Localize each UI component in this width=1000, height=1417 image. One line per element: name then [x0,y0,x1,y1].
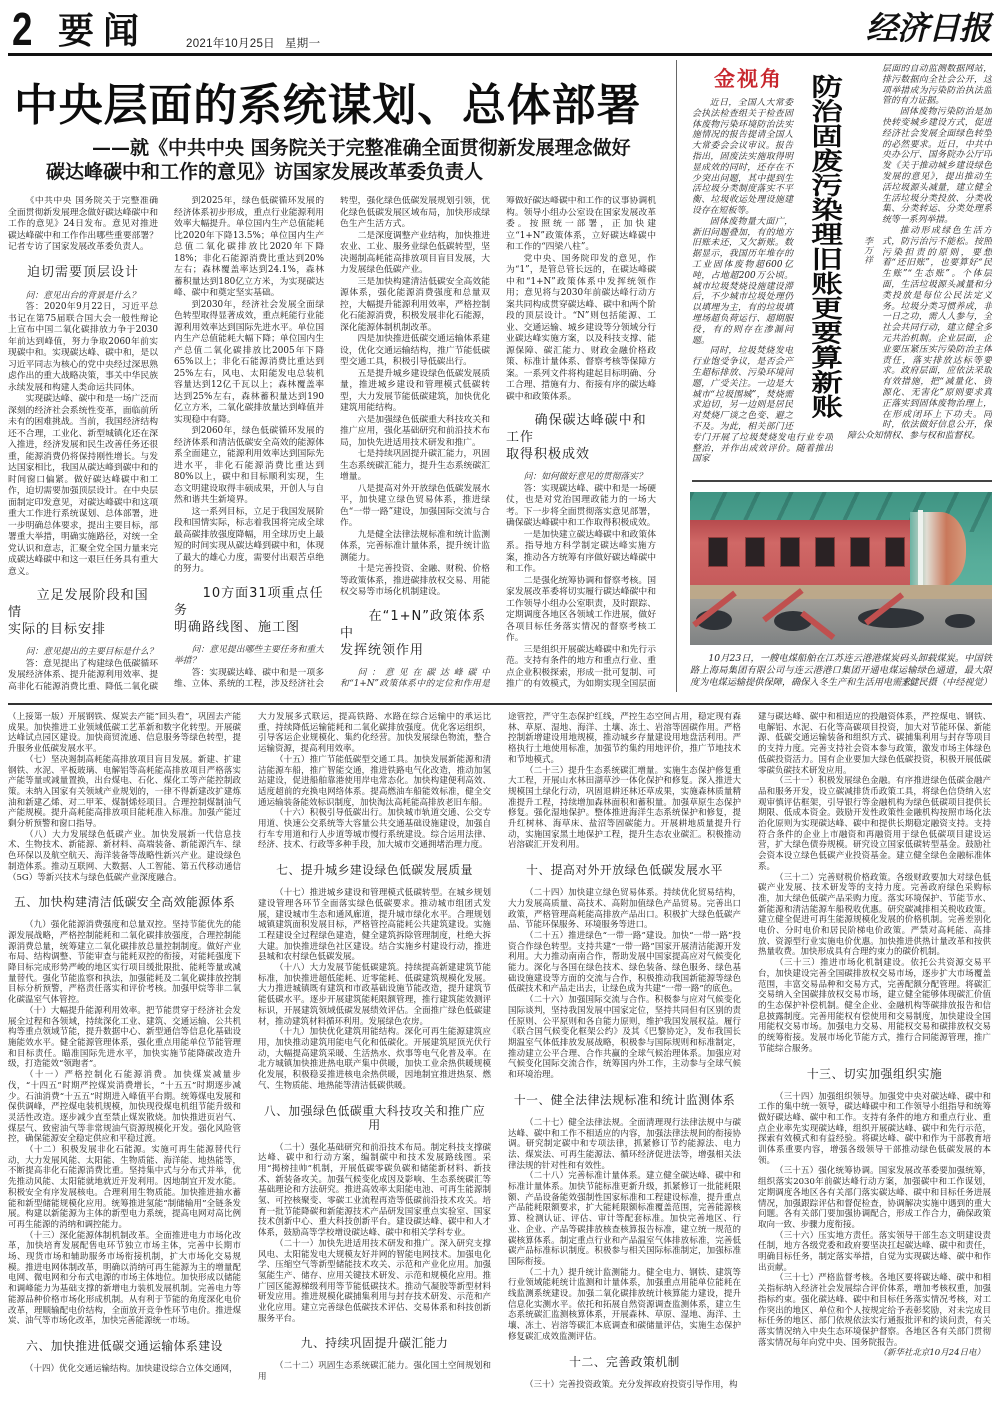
paragraph: 一是加快建立碳达峰碳中和政策体系。指导地方科学制定碳达峰实施方案，推动各方统筹有… [506,530,656,576]
title-wrap-spacer [793,98,833,425]
paragraph: （三十一）积极发展绿色金融。有序推进绿色低碳金融产品和服务开发，设立碳减排货币政… [758,776,991,872]
ship-railing [918,510,923,588]
interview-question: 问：意见提出哪些主要任务和重大举措？ [174,645,324,668]
paragraph: （二十四）加快建立绿色贸易体系。持续优化贸易结构，大力发展高质量、高技术、高附加… [508,888,741,931]
paragraph: 到2025年，绿色低碳循环发展的经济体系初步形成，重点行业能源利用效率大幅提升。… [174,196,324,300]
paragraph: （十八）大力发展节能低碳建筑。持续提高新建建筑节能标准，加快推进超低能耗、近零能… [258,963,491,1027]
section-heading: 六、加快推进低碳交通运输体系建设 [8,1339,241,1353]
paragraph: （十三）深化能源体制机制改革。全面推进电力市场化改革，加快培育发展配售电环节独立… [8,1231,241,1327]
coal-pile [945,614,975,628]
paragraph: 党中央、国务院印发的意见，作为“1”，是管总管长远的，在碳达峰碳中和“1+N”政… [506,254,656,404]
interview-question: 问：如何做好意见的贯彻落实？ [506,472,656,484]
section-heading: 十三、切实加强组织实施 [758,1067,991,1081]
paragraph: （九）强化能源消费强度和总量双控。坚持节能优先的能源发展战略，严格控制能耗和二氧… [8,920,241,1006]
paragraph: 六是加强绿色低碳重大科技攻关和推广应用，强化基础研究和前沿技术布局，加快先进适用… [340,415,490,450]
paragraph: 这一系列目标，立足于我国发展阶段和国情实际，标志着我国将完成全球最高碳排放强度降… [174,507,324,576]
section-heading: 十二、完善政策机制 [508,1355,741,1369]
paragraph: （十）大幅提升能源利用效率。把节能贯穿于经济社会发展全过程和各领域，持续深化工业… [8,1006,241,1070]
paragraph: （十二）积极发展非化石能源。实施可再生能源替代行动，大力发展风能、太阳能、生物质… [8,1145,241,1231]
column-label: 金视角 [714,66,783,92]
paragraph: （二十八）完善标准计量体系。建立健全碳达峰、碳中和标准计量体系。加快节能标准更新… [508,1171,741,1267]
commentary-text-left: 近日，全国人大常委会执法检查组关于检查固体废物污染环境防治法实施情况的报告提请全… [692,98,833,472]
paragraph: （七）坚决遏制高耗能高排放项目盲目发展。新建、扩建钢铁、水泥、平板玻璃、电解铝等… [8,755,241,830]
lead-subheadline-line2: 碳达峰碳中和工作的意见》访国家发展改革委负责人 [46,160,483,184]
section-heading: 八、加强绿色低碳重大科技攻关和推广应用 [258,1104,491,1132]
section-heading: 在“1+N”政策体系中 发挥统领作用 [340,608,490,659]
section-heading: 迫切需要顶层设计 [8,264,158,281]
paragraph: 实现碳达峰、碳中和是一场广泛而深刻的经济社会系统性变革，面临前所未有的困难挑战。… [8,394,158,578]
document-column-4: 建与碳达峰、碳中和相适应的投融资体系，严控煤电、钢铁、电解铝、水泥、石化等高碳项… [758,712,991,1417]
paragraph: （十六）积极引导低碳出行。加快城市轨道交通、公交专用道、快速公交系统等大容量公共… [258,808,491,851]
news-photo-coal-ship [690,492,992,645]
weekday: 星期一 [285,38,320,50]
paragraph: 八是提高对外开放绿色低碳发展水平，加快建立绿色贸易体系，推进绿色“一带一路”建设… [340,484,490,530]
commentary-rule [692,480,992,482]
paragraph: （十五）推广节能低碳型交通工具。加快发展新能源和清洁能源车船，推广智能交通，推进… [258,755,491,809]
cargo-hatch [745,537,765,567]
paragraph: （二十五）推进绿色“一带一路”建设。加快“一带一路”投资合作绿色转型。支持共建“… [508,931,741,995]
lead-article-column-3: 转型，强化绿色低碳发展规划引领，优化绿色低碳发展区域布局，加快形成绿色生产生活方… [340,196,490,690]
paragraph: （三十二）完善财税价格政策。各级财政要加大对绿色低碳产业发展、技术研发等的支持力… [758,873,991,959]
paragraph: 十是完善投资、金融、财税、价格等政策体系，推进碳排放权交易、用能权交易等市场化机… [340,564,490,599]
dateline: （新华社北京10月24日电） [758,1348,991,1359]
interview-question: 问：意见提出的主要目标是什么？ [8,647,158,659]
paragraph: （十七）推进城乡建设和管理模式低碳转型。在城乡规划建设管理各环节全面落实绿色低碳… [258,888,491,963]
header-rule [8,53,992,56]
lead-article-column-4: 筹做好碳达峰碳中和工作的议事协调机构。领导小组办公室设在国家发展改革委。按照统一… [506,196,656,690]
paragraph: 答：实现碳达峰、碳中和是一项多维、立体、系统的工程，涉及经济社会发展方方面面。意… [174,668,324,691]
paragraph: （二十七）健全法律法规。全面清理现行法律法规中与碳达峰、碳中和工作不相适应的内容… [508,1118,741,1172]
commentary-text-right: 层面的自动监测数据网站，排污数据向全社会公开，这项举措成为污染防治执法监管的有力… [847,64,992,472]
paragraph-continued: （上接第一版）开展钢铁、煤炭去产能“回头看”，巩固去产能成果。加快推进工业领域低… [8,712,241,755]
paragraph: 答：实现碳达峰、碳中和是一场硬仗，也是对党治国理政能力的一场大考。下一步将全面贯… [506,484,656,530]
column-divider [676,60,677,692]
paragraph: 《中共中央 国务院关于完整准确全面贯彻新发展理念做好碳达峰碳中和工作的意见》24… [8,196,158,254]
paragraph: 答：2020年9月22日，习近平总书记在第75届联合国大会一般性辩论上宣布中国二… [8,302,158,394]
lead-article-column-2: 到2025年，绿色低碳循环发展的经济体系初步形成，重点行业能源利用效率大幅提升。… [174,196,324,690]
paragraph: 五是提升城乡建设绿色低碳发展质量，推进城乡建设和管理模式低碳转型，大力发展节能低… [340,369,490,415]
paragraph: （十九）加快优化建筑用能结构。深化可再生能源建筑应用，加快推动建筑用能电气化和低… [258,1027,491,1091]
section-heading: 七、提升城乡建设绿色低碳发展质量 [258,863,491,877]
section-name: 要闻 [58,9,148,53]
section-heading: 10方面31项重点任务 明确路线图、施工图 [174,585,324,636]
section-heading: 确保碳达峰碳中和工作 取得积极成效 [506,412,656,463]
paragraph: （三十五）强化统筹协调。国家发展改革委要加强统筹，组织落实2030年前碳达峰行动… [758,1166,991,1230]
paragraph: 三是组织开展碳达峰碳中和先行示范。支持有条件的地方和重点行业、重点企业积极探索，… [506,645,656,691]
paragraph-continued: 转型，强化绿色低碳发展规划引领，优化绿色低碳发展区域布局，加快形成绿色生产生活方… [340,196,490,231]
cargo-hatch [708,537,728,567]
issue-date-line: 2021年10月25日星期一 [186,37,320,51]
paragraph-continued: 建与碳达峰、碳中和相适应的投融资体系，严控煤电、钢铁、电解铝、水泥、石化等高碳项… [758,712,991,776]
paragraph: （三十三）推进市场化机制建设。依托公共资源交易平台，加快建设完善全国碳排放权交易… [758,958,991,1054]
paragraph: （二十二）巩固生态系统碳汇能力。强化国土空间规划和用 [258,1361,491,1382]
cargo-hatch [780,537,800,567]
photo-credit: 王健民摄（中经视觉） [900,677,992,689]
section-heading: 十一、健全法律法规标准和统计监测体系 [508,1093,741,1107]
title-wrap-spacer [847,64,882,425]
section-rule [8,703,992,705]
lead-headline: 中央层面的系统谋划、总体部署 [14,80,641,132]
paragraph: （十四）优化交通运输结构。加快建设综合立体交通网， [8,1364,241,1375]
paragraph: 四是加快推进低碳交通运输体系建设，优化交通运输结构，推广节能低碳型交通工具，积极… [340,334,490,369]
section-heading: 立足发展阶段和国情 实际的目标安排 [8,587,158,638]
paragraph: 七是持续巩固提升碳汇能力，巩固生态系统碳汇能力，提升生态系统碳汇增量。 [340,449,490,484]
issue-date: 2021年10月25日 [186,38,275,50]
paragraph: （三十六）压实地方责任。落实领导干部生态文明建设责任制，地方各级党委和政府要坚决… [758,1231,991,1274]
page-number: 2 [12,4,32,54]
paragraph: （二十九）提升统计监测能力。健全电力、钢铁、建筑等行业领域能耗统计监测和计量体系… [508,1268,741,1343]
quay-edge [690,585,992,599]
paragraph: （三十）完善投资政策。充分发挥政府投资引导作用，构 [508,1380,741,1391]
section-heading: 九、持续巩固提升碳汇能力 [258,1336,491,1350]
document-column-3: 途管控，严守生态保护红线，严控生态空间占用，稳定现有森林、草原、湿地、海洋、土壤… [508,712,741,1417]
document-column-2: 大力发展多式联运，提高铁路、水路在综合运输中的承运比重，持续降低运输能耗和二氧化… [258,712,491,1417]
paragraph: 到2030年，经济社会发展全面绿色转型取得显著成效，重点耗能行业能源利用效率达到… [174,300,324,427]
paragraph: （八）大力发展绿色低碳产业。加快发展新一代信息技术、生物技术、新能源、新材料、高… [8,830,241,884]
lead-subheadline-line1: ——就《中共中央 国务院关于完整准确全面贯彻新发展理念做好 [92,136,631,160]
interview-question: 问：意见出台的背景是什么？ [8,291,158,303]
paragraph-continued: 筹做好碳达峰碳中和工作的议事协调机构。领导小组办公室设在国家发展改革委。按照统一… [506,196,656,254]
paragraph: 到2060年，绿色低碳循环发展的经济体系和清洁低碳安全高效的能源体系全面建立，能… [174,426,324,507]
paragraph: （三十四）加强组织领导。加强党中央对碳达峰、碳中和工作的集中统一领导，碳达峰碳中… [758,1092,991,1167]
section-heading: 十、提高对外开放绿色低碳发展水平 [508,863,741,877]
paragraph: 二是深度调整产业结构，加快推进农业、工业、服务业绿色低碳转型，坚决遏制高耗能高排… [340,231,490,277]
document-column-1: （上接第一版）开展钢铁、煤炭去产能“回头看”，巩固去产能成果。加快推进工业领域低… [8,712,241,1417]
paragraph: 二是强化统筹协调和督察考核。国家发展改革委将切实履行碳达峰碳中和工作领导小组办公… [506,576,656,645]
cargo-hatch [885,537,905,567]
paragraph: （二十三）提升生态系统碳汇增量。实施生态保护修复重大工程，开展山水林田湖草沙一体… [508,766,741,852]
lead-article-column-1: 《中共中央 国务院关于完整准确全面贯彻新发展理念做好碳达峰碳中和工作的意见》24… [8,196,158,690]
interview-question: 问：意见在碳达峰碳中和“1+N”政策体系中的定位和作用是什么？ [340,668,490,691]
paragraph: （二十）强化基础研究和前沿技术布局。制定科技支撑碳达峰、碳中和行动方案，编制碳中… [258,1143,491,1239]
masthead-logo: 经济日报 [866,6,990,50]
paragraph-continued: 途管控，严守生态保护红线，严控生态空间占用，稳定现有森林、草原、湿地、海洋、土壤… [508,712,741,766]
paragraph-continued: 大力发展多式联运，提高铁路、水路在综合运输中的承运比重，持续降低运输能耗和二氧化… [258,712,491,755]
cargo-hatch [815,537,835,567]
paragraph: （二十一）加快先进适用技术研发和推广。深入研究支撑风电、太阳能发电大规模友好并网… [258,1239,491,1325]
paragraph: （三十七）严格监督考核。各地区要将碳达峰、碳中和相关指标纳入经济社会发展综合评价… [758,1273,991,1348]
paragraph: 答：意见提出了构建绿色低碳循环发展经济体系、提升能源利用效率、提高非化石能源消费… [8,659,158,691]
cargo-hatch [850,537,870,567]
paragraph: 三是加快构建清洁低碳安全高效能源体系，强化能源消费强度和总量双控，大幅提升能源利… [340,277,490,335]
paragraph: （二十六）加强国际交流与合作。积极参与应对气候变化国际谈判，坚持我国发展中国家定… [508,995,741,1081]
section-heading: 五、加快构建清洁低碳安全高效能源体系 [8,895,241,909]
paragraph: 九是健全法律法规标准和统计监测体系，完善标准计量体系，提升统计监测能力。 [340,530,490,565]
paragraph: （十一）严格控制化石能源消费。加快煤炭减量步伐，“十四五”时期严控煤炭消费增长，… [8,1070,241,1145]
